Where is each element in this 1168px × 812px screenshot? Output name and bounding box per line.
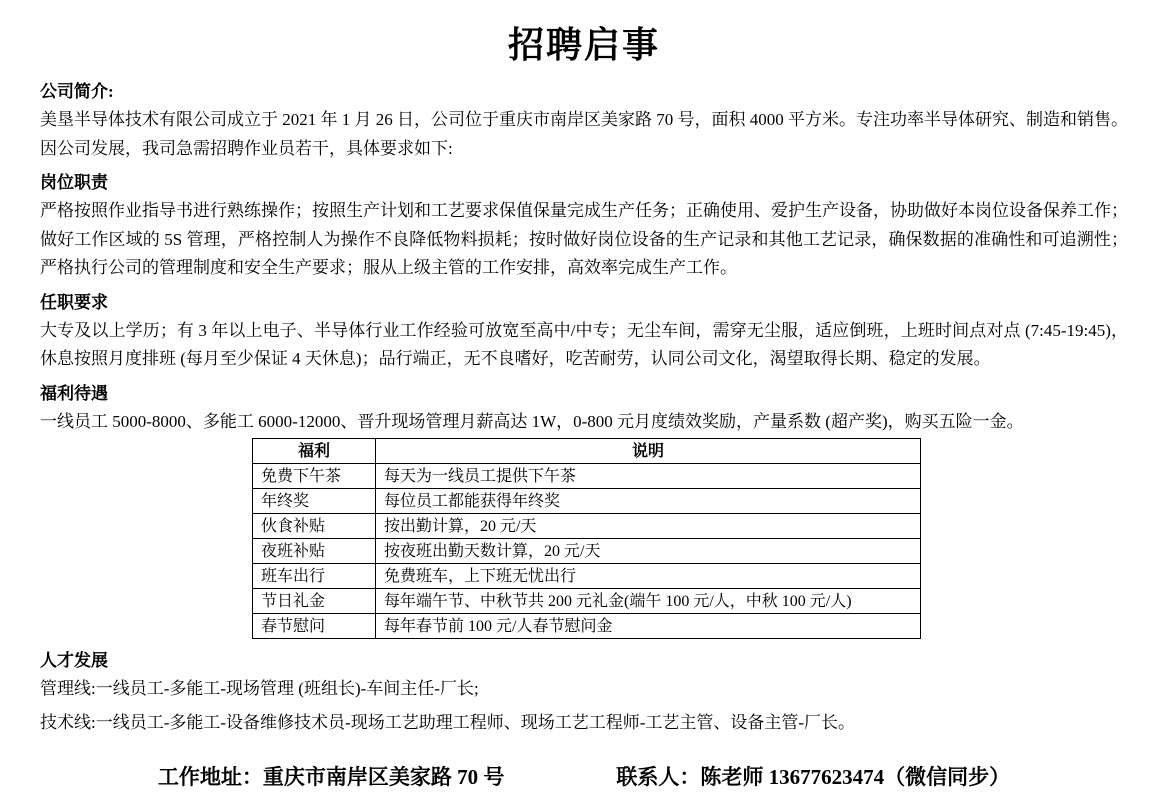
table-row: 伙食补贴 按出勤计算，20 元/天 [253,514,921,539]
benefit-desc: 每年春节前 100 元/人春节慰问金 [376,614,921,639]
benefit-desc: 每天为一线员工提供下午茶 [376,464,921,489]
section-job-duties: 岗位职责 严格按照作业指导书进行熟练操作；按照生产计划和工艺要求保值保量完成生产… [40,169,1128,283]
benefit-desc: 每位员工都能获得年终奖 [376,489,921,514]
benefits-table-header-row: 福利 说明 [253,439,921,464]
benefit-desc: 每年端午节、中秋节共 200 元礼金(端午 100 元/人，中秋 100 元/人… [376,589,921,614]
section-heading-job-duties: 岗位职责 [40,169,1128,197]
benefit-name: 节日礼金 [253,589,376,614]
benefit-name: 免费下午茶 [253,464,376,489]
table-row: 节日礼金 每年端午节、中秋节共 200 元礼金(端午 100 元/人，中秋 10… [253,589,921,614]
benefit-desc: 按出勤计算，20 元/天 [376,514,921,539]
benefit-name: 夜班补贴 [253,539,376,564]
section-text-benefits: 一线员工 5000-8000、多能工 6000-12000、晋升现场管理月薪高达… [40,408,1128,437]
section-heading-benefits: 福利待遇 [40,380,1128,408]
section-text-job-duties: 严格按照作业指导书进行熟练操作；按照生产计划和工艺要求保值保量完成生产任务；正确… [40,197,1128,283]
benefits-table-header-benefit: 福利 [253,439,376,464]
section-heading-company-intro: 公司简介: [40,78,1128,106]
table-row: 春节慰问 每年春节前 100 元/人春节慰问金 [253,614,921,639]
table-row: 夜班补贴 按夜班出勤天数计算，20 元/天 [253,539,921,564]
section-company-intro: 公司简介: 美垦半导体技术有限公司成立于 2021 年 1 月 26 日，公司位… [40,78,1128,163]
benefit-name: 春节慰问 [253,614,376,639]
contact-person: 联系人：陈老师 13677623474（微信同步） [616,761,1010,791]
section-requirements: 任职要求 大专及以上学历；有 3 年以上电子、半导体行业工作经验可放宽至高中/中… [40,289,1128,374]
benefit-name: 班车出行 [253,564,376,589]
footer: 工作地址：重庆市南岸区美家路 70 号 联系人：陈老师 13677623474（… [40,761,1128,791]
section-talent-development: 人才发展 管理线:一线员工-多能工-现场管理 (班组长)-车间主任-厂长; 技术… [40,647,1128,737]
section-text-requirements: 大专及以上学历；有 3 年以上电子、半导体行业工作经验可放宽至高中/中专；无尘车… [40,317,1128,374]
section-text-company-intro: 美垦半导体技术有限公司成立于 2021 年 1 月 26 日，公司位于重庆市南岸… [40,106,1128,163]
table-row: 年终奖 每位员工都能获得年终奖 [253,489,921,514]
benefit-desc: 免费班车，上下班无忧出行 [376,564,921,589]
recruitment-notice-page: 招聘启事 公司简介: 美垦半导体技术有限公司成立于 2021 年 1 月 26 … [0,22,1168,791]
benefit-name: 伙食补贴 [253,514,376,539]
talent-technical-line: 技术线:一线员工-多能工-设备维修技术员-现场工艺助理工程师、现场工艺工程师-工… [40,709,1128,737]
benefits-table: 福利 说明 免费下午茶 每天为一线员工提供下午茶 年终奖 每位员工都能获得年终奖… [252,438,921,639]
benefit-name: 年终奖 [253,489,376,514]
benefits-table-header-desc: 说明 [376,439,921,464]
section-heading-talent-development: 人才发展 [40,647,1128,675]
table-row: 班车出行 免费班车，上下班无忧出行 [253,564,921,589]
talent-management-line: 管理线:一线员工-多能工-现场管理 (班组长)-车间主任-厂长; [40,675,1128,703]
work-address: 工作地址：重庆市南岸区美家路 70 号 [158,761,505,791]
page-title: 招聘启事 [40,22,1128,68]
section-heading-requirements: 任职要求 [40,289,1128,317]
section-benefits: 福利待遇 一线员工 5000-8000、多能工 6000-12000、晋升现场管… [40,380,1128,437]
benefit-desc: 按夜班出勤天数计算，20 元/天 [376,539,921,564]
table-row: 免费下午茶 每天为一线员工提供下午茶 [253,464,921,489]
